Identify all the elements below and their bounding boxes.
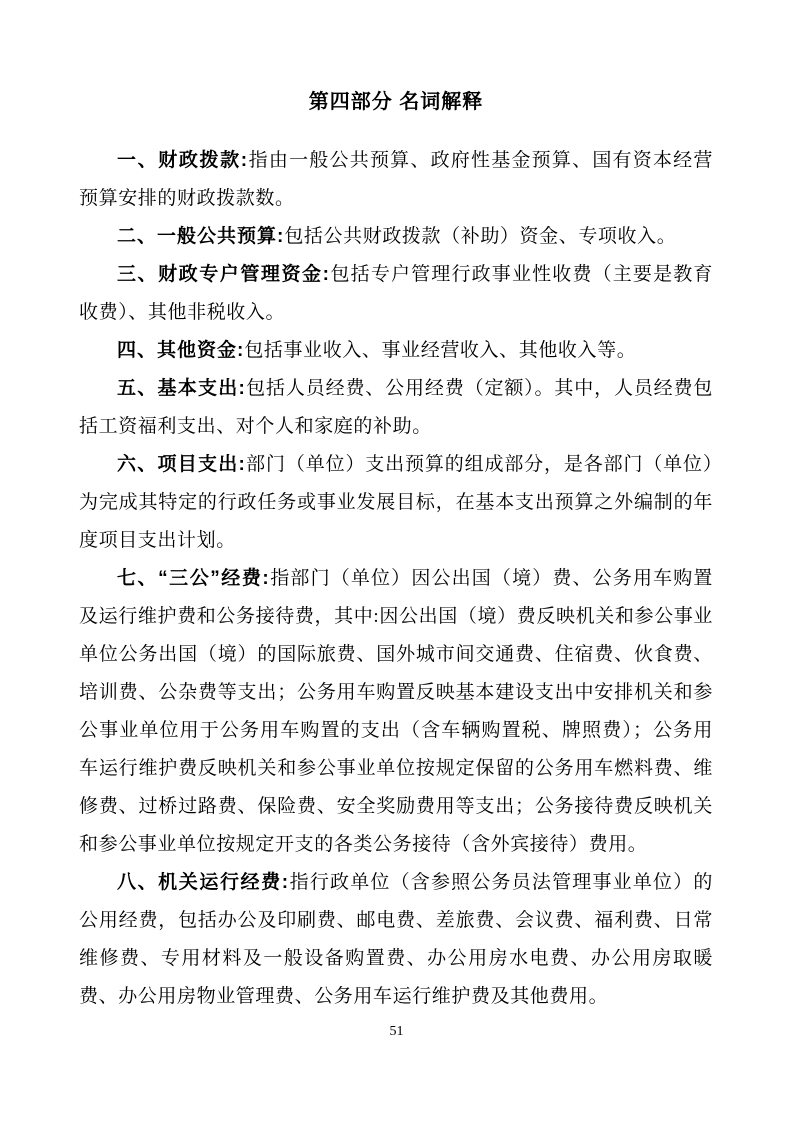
definition-paragraph-caizheng-zhuanhu-zijin: 三、财政专户管理资金:包括专户管理行政事业性收费（主要是教育收费）、其他非税收入… [79, 256, 713, 332]
page-title: 第四部分 名词解释 [79, 88, 713, 116]
term-label: 七、“三公”经费: [117, 568, 270, 589]
definition-paragraph-sangong-jingfei: 七、“三公”经费:指部门（单位）因公出国（境）费、公务用车购置及运行维护费和公务… [79, 560, 713, 864]
definition-paragraph-xiangmu-zhichu: 六、项目支出:部门（单位）支出预算的组成部分，是各部门（单位）为完成其特定的行政… [79, 446, 713, 560]
term-definition: 包括公共财政拨款（补助）资金、专项收入。 [284, 226, 676, 247]
term-label: 四、其他资金: [117, 340, 244, 361]
term-label: 二、一般公共预算: [117, 226, 284, 247]
term-label: 五、基本支出: [117, 378, 246, 399]
document-page: 第四部分 名词解释 一、财政拨款:指由一般公共预算、政府性基金预算、国有资本经营… [0, 0, 793, 1122]
definition-paragraph-jiben-zhichu: 五、基本支出:包括人员经费、公用经费（定额）。其中，人员经费包括工资福利支出、对… [79, 370, 713, 446]
term-label: 三、财政专户管理资金: [117, 264, 330, 285]
term-definition: 包括事业收入、事业经营收入、其他收入等。 [244, 340, 636, 361]
term-label: 六、项目支出: [117, 454, 246, 475]
term-label: 八、机关运行经费: [117, 872, 289, 893]
definition-paragraph-caizheng-bokuan: 一、财政拨款:指由一般公共预算、政府性基金预算、国有资本经营预算安排的财政拨款数… [79, 142, 713, 218]
page-number: 51 [0, 1024, 793, 1040]
term-label: 一、财政拨款: [117, 150, 248, 171]
definition-paragraph-qita-zijin: 四、其他资金:包括事业收入、事业经营收入、其他收入等。 [79, 332, 713, 370]
term-definition: 指部门（单位）因公出国（境）费、公务用车购置及运行维护费和公务接待费，其中:因公… [79, 568, 713, 855]
definition-paragraph-jiguan-yunxing-jingfei: 八、机关运行经费:指行政单位（含参照公务员法管理事业单位）的公用经费，包括办公及… [79, 864, 713, 1016]
definition-paragraph-yiban-gonggong-yusuan: 二、一般公共预算:包括公共财政拨款（补助）资金、专项收入。 [79, 218, 713, 256]
